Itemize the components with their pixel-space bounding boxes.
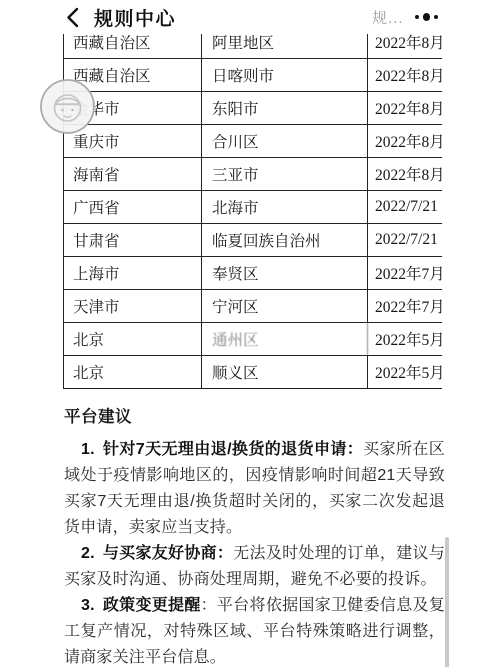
item-number: 2. [81, 545, 95, 562]
table-row: 上海市 奉贤区 2022年7月 [63, 257, 442, 290]
cell-province: 广西省 [63, 191, 202, 223]
item-number: 3. [81, 597, 95, 614]
cell-date: 2022年8月 [368, 59, 442, 91]
cell-province: 北京 [63, 356, 202, 388]
cell-province: 天津市 [63, 290, 202, 322]
table-row: 西藏自治区 日喀则市 2022年8月 [63, 59, 442, 92]
table-row: 海南省 三亚市 2022年8月 [63, 158, 442, 191]
cell-city: 通州区 [202, 323, 368, 355]
cell-date: 2022年8月 [368, 125, 442, 157]
cell-province: 上海市 [63, 257, 202, 289]
cell-date: 2022年5月 [368, 323, 442, 355]
cell-date: 2022年8月 [368, 92, 442, 124]
table-row: 甘肃省 临夏回族自治州 2022/7/21 [63, 224, 442, 257]
ellipsis-icon [423, 13, 431, 21]
avatar-watermark [39, 78, 96, 135]
table-row: 重庆市 合川区 2022年8月 [63, 125, 442, 158]
table-row: 北京 通州区 2022年5月 [63, 323, 442, 356]
table-row: 北京 顺义区 2022年5月 [63, 356, 442, 389]
cell-date: 2022年7月 [368, 290, 442, 322]
person-avatar-icon [39, 78, 96, 135]
cell-date: 2022年8月 [368, 158, 442, 190]
item-lead: 政策变更提醒 [103, 597, 201, 614]
more-menu-button[interactable] [415, 13, 439, 21]
item-number: 1. [81, 441, 95, 458]
cell-city: 宁河区 [202, 290, 368, 322]
rules-center-screen: 规则中心 规... 西藏自治区 阿里地区 2022年8月 西藏自治区 日喀则市 … [0, 0, 500, 667]
suggestion-item-1: 1.针对7天无理由退/换货的退货申请：买家所在区域处于疫情影响地区的，因疫情影响… [64, 437, 445, 541]
cell-city: 合川区 [202, 125, 368, 157]
table-row: 广西省 北海市 2022/7/21 [63, 191, 442, 224]
back-button[interactable] [66, 6, 82, 28]
cell-date: 2022年7月 [368, 257, 442, 289]
cell-date: 2022/7/21 [368, 224, 442, 256]
cell-province: 甘肃省 [63, 224, 202, 256]
item-lead: 针对7天无理由退/换货的退货申请： [103, 441, 363, 458]
cell-city: 日喀则市 [202, 59, 368, 91]
scrollbar-thumb[interactable] [445, 537, 449, 667]
suggestion-item-2: 2.与买家友好协商：无法及时处理的订单，建议与买家及时沟通、协商处理周期，避免不… [64, 541, 445, 593]
cell-city: 三亚市 [202, 158, 368, 190]
item-lead: 与买家友好协商： [103, 545, 233, 562]
table-row: 天津市 宁河区 2022年7月 [63, 290, 442, 323]
suggestions-section: 平台建议 1.针对7天无理由退/换货的退货申请：买家所在区域处于疫情影响地区的，… [64, 405, 445, 667]
table-row: 金华市 东阳市 2022年8月 [63, 92, 442, 125]
cell-province: 北京 [63, 323, 202, 355]
cell-city: 奉贤区 [202, 257, 368, 289]
ellipsis-icon [415, 15, 419, 19]
cell-city: 临夏回族自治州 [202, 224, 368, 256]
regions-table: 西藏自治区 阿里地区 2022年8月 西藏自治区 日喀则市 2022年8月 金华… [63, 26, 442, 389]
page-title: 规则中心 [94, 4, 176, 31]
cell-city: 顺义区 [202, 356, 368, 388]
truncated-title: 规... [372, 7, 404, 28]
suggestion-item-3: 3.政策变更提醒：平台将依据国家卫健委信息及复工复产情况，对特殊区域、平台特殊策… [64, 593, 445, 667]
cell-date: 2022/7/21 [368, 191, 442, 223]
suggestions-heading: 平台建议 [64, 405, 445, 429]
cell-province: 海南省 [63, 158, 202, 190]
ellipsis-icon [434, 15, 438, 19]
cell-date: 2022年5月 [368, 356, 442, 388]
chevron-left-icon [66, 7, 79, 28]
header-bar: 规则中心 规... [0, 0, 500, 34]
cell-city: 北海市 [202, 191, 368, 223]
cell-city: 东阳市 [202, 92, 368, 124]
